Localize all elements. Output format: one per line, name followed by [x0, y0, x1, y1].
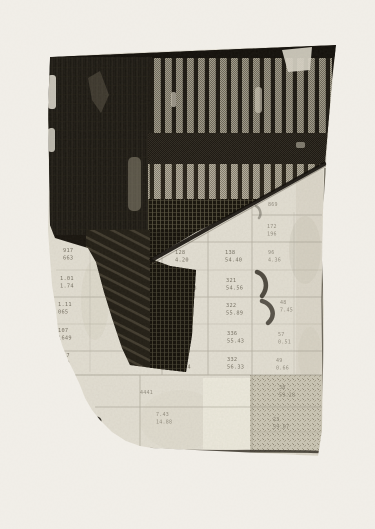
- artwork-photo: 917 663 1.01 1.74 1.11 065 107 1649 3.17…: [0, 0, 375, 529]
- paper-grain: [0, 0, 375, 529]
- etching-print: 917 663 1.01 1.74 1.11 065 107 1649 3.17…: [0, 0, 375, 529]
